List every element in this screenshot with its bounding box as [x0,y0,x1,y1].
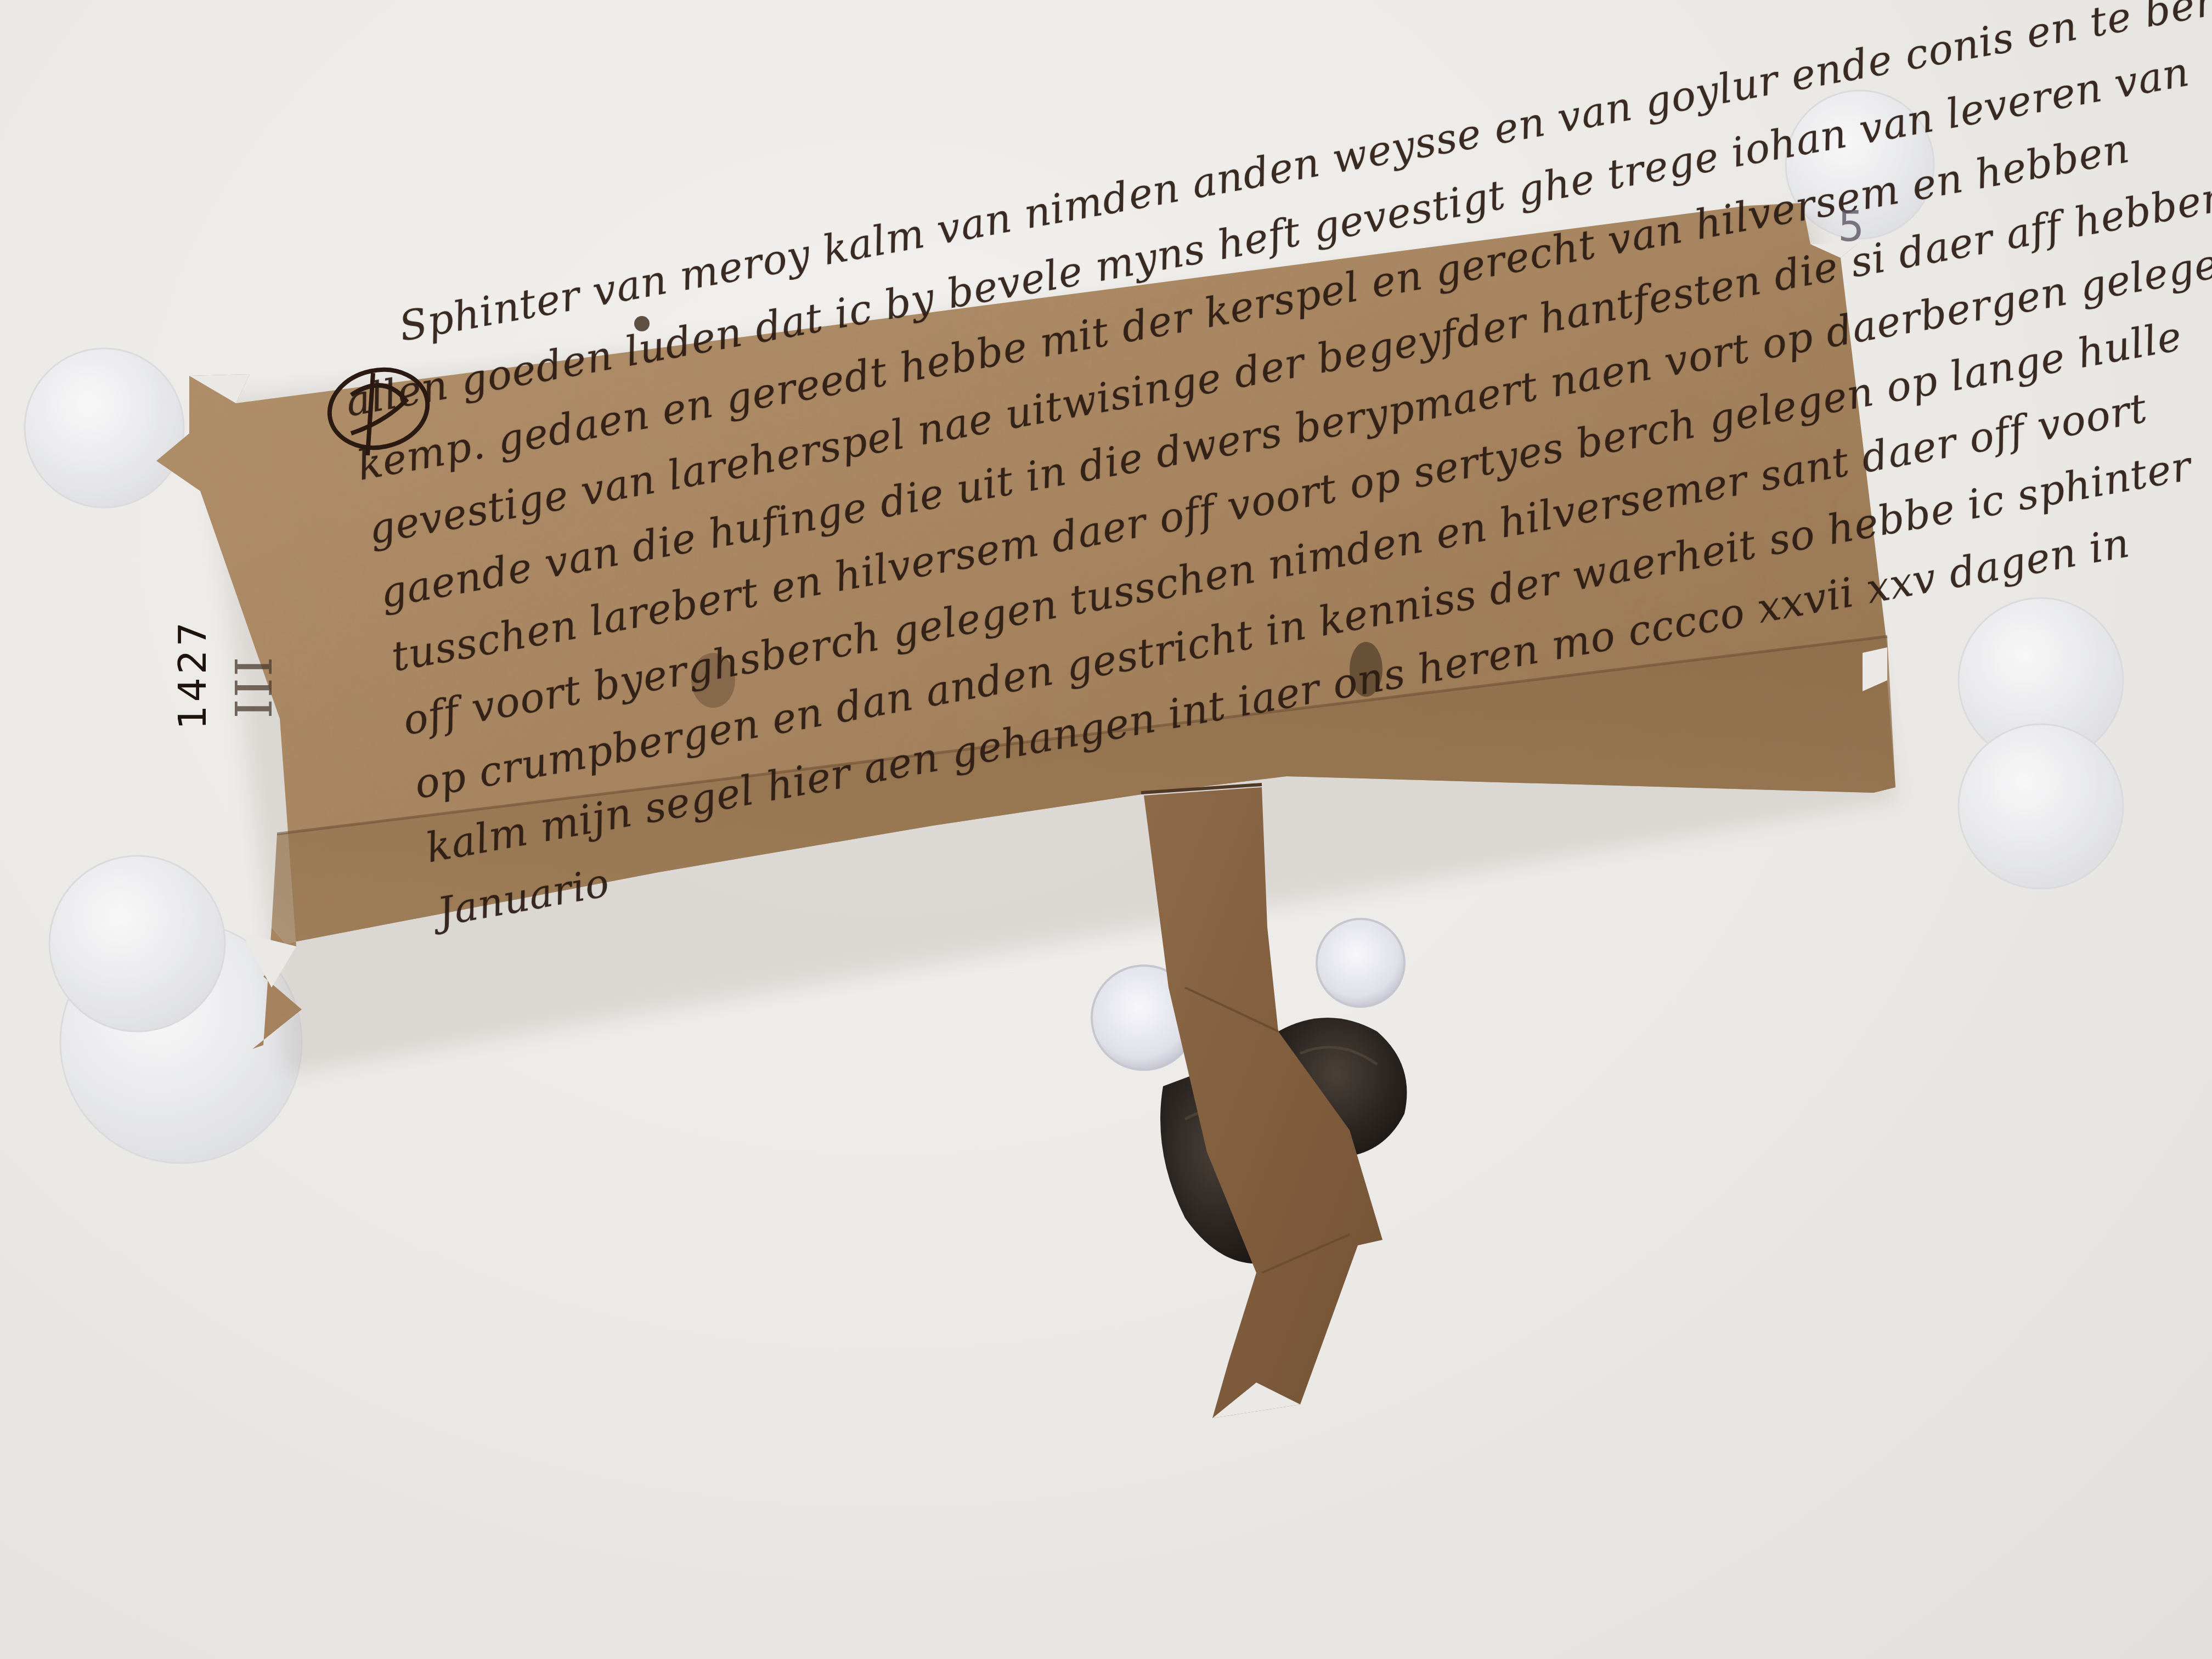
corner-number-annotation: 5 [1838,202,1864,251]
margin-year-annotation: 1427 [170,619,215,730]
margin-roman-annotation: III [225,656,284,719]
photo-scene: Sphinter van meroy kalm van nimden anden… [0,0,2212,1659]
